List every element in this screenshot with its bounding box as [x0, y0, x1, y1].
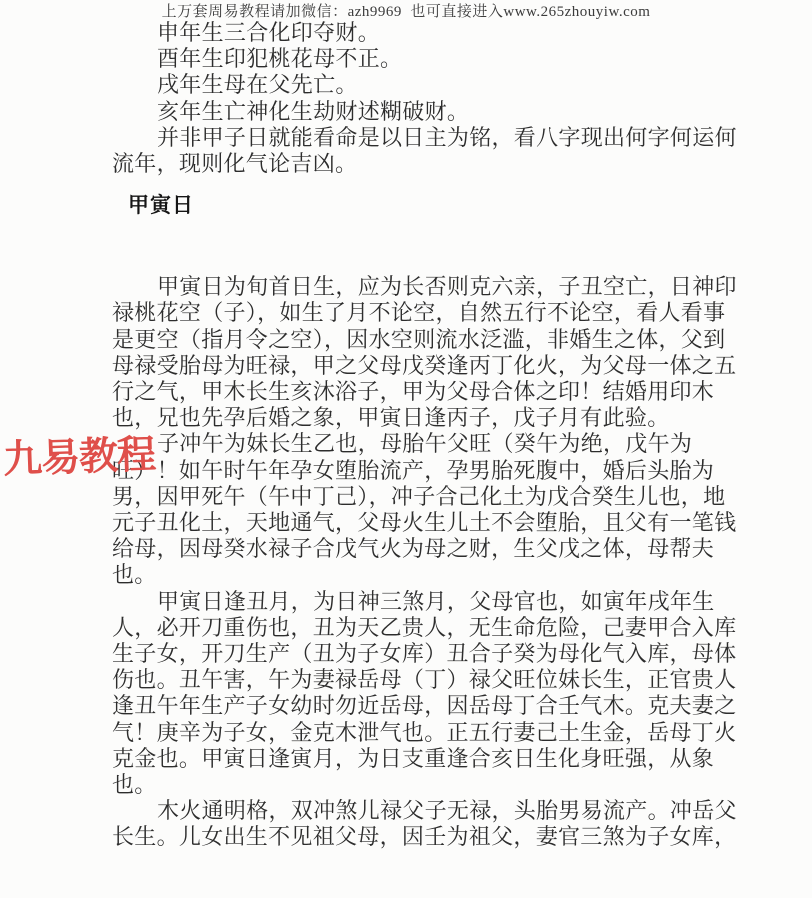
text-line: 旺）！如午时午年孕女堕胎流产，孕男胎死腹中，婚后头胎为	[112, 458, 696, 484]
text-line: 气！庚辛为子女，金克木泄气也。正五行妻己土生金，岳母丁火	[112, 720, 696, 746]
text-line: 申年生三合化印夺财。	[112, 20, 696, 46]
promo-header-text: 上万套周易教程请加微信：azh9969 也可直接进入www.265zhouyiw…	[0, 0, 812, 20]
text-line: 元子丑化土，天地通气，父母火生儿土不会堕胎，且父有一笔钱	[112, 510, 696, 536]
text-line: 男，因甲死午（午中丁己），冲子合己化土为戊合癸生儿也，地	[112, 484, 696, 510]
text-line: 也。	[112, 772, 696, 798]
text-line: 亥年生亡神化生劫财述糊破财。	[112, 99, 696, 125]
text-line: 生子女，开刀生产（丑为子女库）丑合子癸为母化气入库，母体	[112, 641, 696, 667]
text-line: 人，必开刀重伤也，丑为天乙贵人，无生命危险，己妻甲合入库	[112, 615, 696, 641]
text-line: 克金也。甲寅日逢寅月，为日支重逢合亥日生化身旺强，从象	[112, 746, 696, 772]
section-heading-jiayin-day: 甲寅日	[112, 190, 696, 220]
text-line: 长生。儿女出生不见祖父母，因壬为祖父，妻官三煞为子女库，	[112, 824, 696, 850]
text-line: 是更空（指月令之空），因水空则流水泛滥，非婚生之体，父到	[112, 327, 696, 353]
text-line: 伤也。丑午害，午为妻禄岳母（丁）禄父旺位妹长生，正官贵人	[112, 667, 696, 693]
text-line: 流年，现则化气论吉凶。	[112, 151, 696, 177]
text-line: 甲寅日为旬首日生，应为长否则克六亲，子丑空亡，日神印	[112, 274, 696, 300]
text-line: 逢丑午年生产子女幼时勿近岳母，因岳母丁合壬气木。克夫妻之	[112, 693, 696, 719]
intro-paragraphs: 申年生三合化印夺财。酉年生印犯桃花母不正。戌年生母在父先亡。亥年生亡神化生劫财述…	[112, 20, 696, 177]
text-line: 酉年生印犯桃花母不正。	[112, 46, 696, 72]
document-page: 上万套周易教程请加微信：azh9969 也可直接进入www.265zhouyiw…	[0, 0, 812, 898]
text-line: 甲寅日逢丑月，为日神三煞月，父母官也，如寅年戌年生	[112, 589, 696, 615]
page-body: 申年生三合化印夺财。酉年生印犯桃花母不正。戌年生母在父先亡。亥年生亡神化生劫财述…	[112, 20, 696, 851]
section-paragraphs: 甲寅日为旬首日生，应为长否则克六亲，子丑空亡，日神印禄桃花空（子），如生了月不论…	[112, 274, 696, 850]
text-line: 给母，因母癸水禄子合戊气火为母之财，生父戊之体，母帮夫	[112, 536, 696, 562]
text-line: 也，兄也先孕后婚之象，甲寅日逢丙子，戊子月有此验。	[112, 405, 696, 431]
text-line: 也。	[112, 562, 696, 588]
text-line: 戌年生母在父先亡。	[112, 72, 696, 98]
text-line: 并非甲子日就能看命是以日主为铭，看八字现出何字何运何	[112, 125, 696, 151]
text-line: 子冲午为妹长生乙也，母胎午父旺（癸午为绝，戊午为	[112, 431, 696, 457]
text-line: 木火通明格，双冲煞儿禄父子无禄，头胎男易流产。冲岳父	[112, 798, 696, 824]
text-line: 母禄受胎母为旺禄，甲之父母戊癸逢丙丁化火，为父母一体之五	[112, 353, 696, 379]
text-line: 行之气，甲木长生亥沐浴子，甲为父母合体之印！结婚用印木	[112, 379, 696, 405]
text-line: 禄桃花空（子），如生了月不论空，自然五行不论空，看人看事	[112, 300, 696, 326]
